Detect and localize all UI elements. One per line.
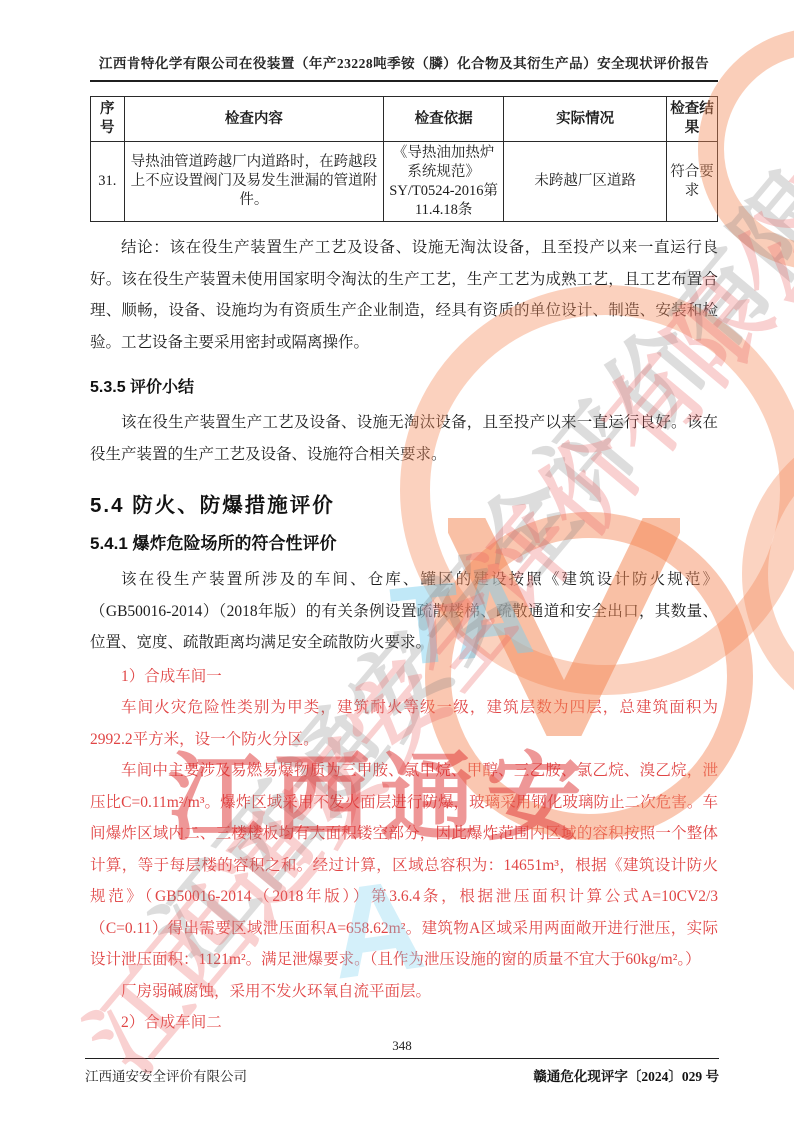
paragraph-5-4-1: 该在役生产装置所涉及的车间、仓库、罐区的建设按照《建筑设计防火规范》（GB500… (90, 564, 718, 659)
page-footer: 348 江西通安安全评价有限公司 赣通危化现评字〔2024〕029 号 (85, 1038, 719, 1085)
footer-doc-number: 赣通危化现评字〔2024〕029 号 (533, 1065, 719, 1085)
red-list-item-2: 2）合成车间二 (90, 1007, 718, 1039)
red-paragraph-2: 车间中主要涉及易燃易爆物质为三甲胺、氯甲烷、甲醇、三乙胺、氯乙烷、溴乙烷，泄压比… (90, 755, 718, 976)
col-header-no: 序号 (91, 97, 125, 142)
red-list-item-1: 1）合成车间一 (90, 661, 718, 693)
report-page: 江西肯特化学有限公司在役装置（年产23228吨季铵（膦）化合物及其衍生产品）安全… (0, 0, 794, 1123)
cell-no: 31. (91, 142, 125, 222)
page-number: 348 (85, 1038, 719, 1054)
heading-5-4-1: 5.4.1 爆炸危险场所的符合性评价 (90, 529, 718, 554)
watermark-ring-icon (742, 418, 794, 730)
page-content: 江西肯特化学有限公司在役装置（年产23228吨季铵（膦）化合物及其衍生产品）安全… (90, 0, 718, 1039)
heading-5-3-5: 5.3.5 评价小结 (90, 374, 718, 397)
col-header-content: 检查内容 (124, 97, 384, 142)
heading-5-4: 5.4 防火、防爆措施评价 (90, 488, 718, 518)
table-row: 31. 导热油管道跨越厂内道路时，在跨越段上不应设置阀门及易发生泄漏的管道附件。… (91, 142, 718, 222)
red-paragraph-3: 厂房弱碱腐蚀，采用不发火环氧自流平面层。 (90, 976, 718, 1008)
cell-basis: 《导热油加热炉系统规范》SY/T0524-2016第11.4.18条 (384, 142, 504, 222)
cell-actual: 未跨越厂区道路 (504, 142, 667, 222)
document-header-title: 江西肯特化学有限公司在役装置（年产23228吨季铵（膦）化合物及其衍生产品）安全… (90, 52, 718, 72)
footer-company: 江西通安安全评价有限公司 (85, 1065, 247, 1085)
cell-result: 符合要求 (667, 142, 718, 222)
table-header-row: 序号 检查内容 检查依据 实际情况 检查结果 (91, 97, 718, 142)
header-rule (90, 80, 718, 82)
footer-rule (85, 1058, 719, 1059)
col-header-basis: 检查依据 (384, 97, 504, 142)
conclusion-paragraph: 结论：该在役生产装置生产工艺及设备、设施无淘汰设备，且至投产以来一直运行良好。该… (90, 232, 718, 358)
inspection-table: 序号 检查内容 检查依据 实际情况 检查结果 31. 导热油管道跨越厂内道路时，… (90, 96, 718, 222)
red-paragraph-1: 车间火灾危险性类别为甲类，建筑耐火等级一级，建筑层数为四层，总建筑面积为2992… (90, 692, 718, 755)
cell-content: 导热油管道跨越厂内道路时，在跨越段上不应设置阀门及易发生泄漏的管道附件。 (124, 142, 384, 222)
col-header-result: 检查结果 (667, 97, 718, 142)
col-header-actual: 实际情况 (504, 97, 667, 142)
paragraph-5-3-5: 该在役生产装置生产工艺及设备、设施无淘汰设备，且至投产以来一直运行良好。该在役生… (90, 407, 718, 470)
